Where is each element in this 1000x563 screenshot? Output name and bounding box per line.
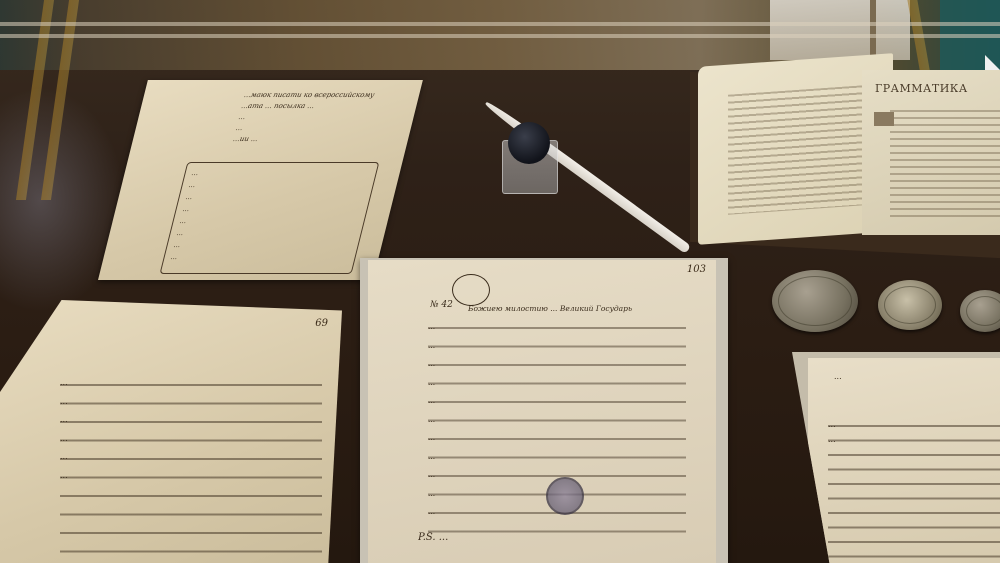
text-line: ... — [60, 393, 322, 412]
postscript: P.S. ... — [418, 532, 716, 543]
text-line: ... — [234, 123, 412, 134]
text-line: ... — [428, 318, 686, 337]
monogram-symbol — [452, 274, 490, 306]
text-line: ... — [428, 429, 686, 448]
open-book: XXIII ГРАММАТИКА — [690, 60, 1000, 250]
text-line: ... — [428, 411, 686, 430]
text-line: ... — [828, 418, 1000, 433]
text-line: ... — [60, 448, 322, 467]
text-line: ... — [184, 191, 371, 203]
boxed-annotation: ... ... ... ... ... ... ... ... — [159, 162, 379, 274]
coin-portrait-medal — [878, 280, 942, 330]
glass-edge-line-2 — [0, 34, 1000, 38]
decorative-initial — [874, 112, 894, 126]
manuscript-text: ...маюк писати ко всероссийскому ...ата … — [232, 90, 421, 145]
manuscript-center: 103 № 42 Божиею милостию ... Великий Гос… — [360, 258, 728, 563]
text-line: ... — [60, 430, 322, 449]
window-reflection — [770, 0, 910, 60]
text-line: ... — [190, 167, 377, 179]
text-line: ... — [60, 374, 322, 393]
glass-edge-line — [0, 22, 1000, 26]
text-line: ... — [428, 392, 686, 411]
text-line: ...ата ... посылка ... — [240, 101, 418, 112]
text-line: ... — [428, 448, 686, 467]
coin-large-medal — [772, 270, 858, 332]
manuscript-body: ... ... — [828, 418, 1000, 563]
manuscript-body: ... ... ... ... ... ... — [60, 374, 322, 563]
text-line: ... — [237, 112, 415, 123]
manuscript-bottom-left: 69 ... ... ... ... ... ... — [0, 300, 342, 563]
manuscript-top-left: ...маюк писати ко всероссийскому ...ата … — [98, 80, 423, 280]
printed-text — [728, 84, 878, 214]
text-line: ... — [828, 433, 1000, 448]
text-line: Божиею милостию ... Великий Государь — [468, 300, 716, 319]
document-header: ... — [834, 372, 1000, 381]
text-line: ... — [175, 227, 362, 239]
text-line: ... — [428, 337, 686, 356]
inkwell-cap — [508, 122, 550, 164]
text-line: ... — [169, 251, 356, 263]
text-line: ... — [172, 239, 359, 251]
manuscript-bottom-right: ... ... ... — [792, 352, 1000, 563]
text-line: ... — [187, 179, 374, 191]
page-number: 103 — [687, 264, 706, 275]
ink-stamp-seal — [546, 477, 584, 515]
printed-text — [890, 110, 1000, 220]
text-line: ... — [60, 467, 322, 486]
text-line: ... — [178, 215, 365, 227]
manuscript-text: Божиею милостию ... Великий Государь — [468, 300, 716, 319]
text-line: ... — [60, 411, 322, 430]
museum-display-case: ...маюк писати ко всероссийскому ...ата … — [0, 0, 1000, 563]
text-line: ... — [428, 355, 686, 374]
book-heading: ГРАММАТИКА — [875, 82, 968, 95]
text-line: ...ии ... — [232, 134, 410, 145]
window-frame-reflection — [870, 0, 876, 60]
text-line: ... — [181, 203, 368, 215]
page-number: 69 — [315, 318, 328, 329]
coin-partial — [960, 290, 1000, 332]
text-line: ...маюк писати ко всероссийскому — [243, 90, 421, 101]
text-line: ... — [428, 374, 686, 393]
